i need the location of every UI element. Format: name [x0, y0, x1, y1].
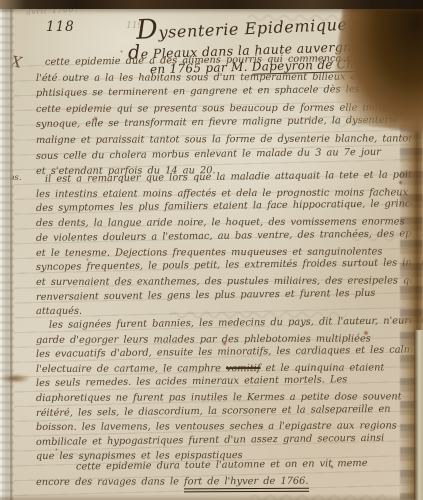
manuscript-line: des symptomes les plus familiers etaient…: [36, 198, 416, 217]
struck-word: vomitif: [226, 363, 261, 374]
page-number: 118: [46, 19, 75, 35]
book-top-edge: [0, 0, 423, 9]
manuscript-page: avril 1766. 118 119 X Obs. Dysenterie Ep…: [0, 0, 423, 500]
ink-smudge: [0, 374, 30, 383]
manuscript-line-with-underline: encore des ravages dans le fort de l'hyv…: [36, 473, 416, 490]
paragraph-4: cette epidemie dura toute l'automne et o…: [36, 460, 416, 490]
underlined-date-phrase: fort de l'hyver de 1766.: [184, 476, 309, 493]
line-prefix: l'electuaire de cartame, le camphre: [36, 363, 226, 375]
bottom-shadow: [0, 494, 423, 500]
paragraph-2: il est a remarquer que lors que la malad…: [36, 173, 416, 320]
manuscript-line: les evacuatifs d'abord, ensuite les mino…: [36, 344, 416, 363]
foxing-spot: [120, 50, 123, 53]
manuscript-line: syncopes frequentes, le pouls petit, les…: [36, 257, 416, 276]
manuscript-line: les seuls remedes. les acides mineraux e…: [36, 373, 416, 392]
manuscript-line: cette epidemie dura toute l'automne et o…: [36, 455, 416, 475]
line-prefix: encore des ravages dans le: [36, 476, 184, 488]
previous-page-edge: [0, 0, 14, 500]
next-page-edge: [414, 330, 423, 500]
corner-stain: [329, 0, 423, 134]
paragraph-3: les saignées furent bannies, les medecin…: [36, 319, 416, 465]
